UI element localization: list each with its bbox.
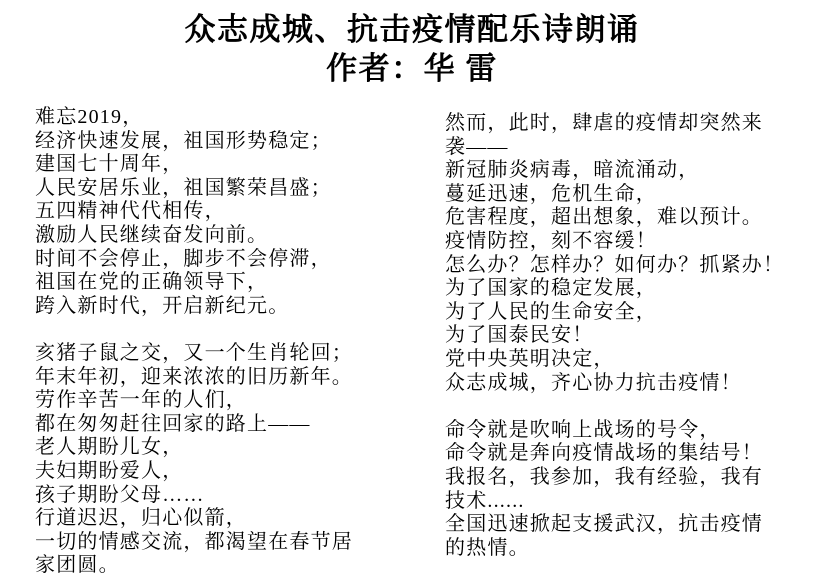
poem-line: 技术...... — [445, 490, 805, 514]
poem-line: 蔓延迅速，危机生命， — [445, 183, 805, 207]
poem-line: 党中央英明决定， — [445, 348, 805, 372]
poem-line: 命令就是奔向疫情战场的集结号！ — [445, 442, 805, 466]
poem-line: 命令就是吹响上战场的号令， — [445, 419, 805, 443]
poem-line — [35, 318, 395, 342]
poem-line: 危害程度，超出想象，难以预计。 — [445, 206, 805, 230]
poem-line: 亥猪子鼠之交，又一个生肖轮回； — [35, 342, 395, 366]
poem-line: 难忘2019， — [35, 106, 395, 130]
poem-line: 跨入新时代，开启新纪元。 — [35, 295, 395, 319]
poem-line — [445, 395, 805, 419]
poem-line: 时间不会停止，脚步不会停滞， — [35, 248, 395, 272]
document-page: 众志成城、抗击疫情配乐诗朗诵 作者：华 雷 难忘2019，经济快速发展，祖国形势… — [0, 0, 824, 574]
poem-line: 都在匆匆赶往回家的路上—— — [35, 413, 395, 437]
poem-line: 五四精神代代相传， — [35, 200, 395, 224]
poem-line: 新冠肺炎病毒，暗流涌动， — [445, 159, 805, 183]
poem-line: 为了国家的稳定发展， — [445, 277, 805, 301]
poem-line: 全国迅速掀起支援武汉，抗击疫情 — [445, 513, 805, 537]
poem-line: 众志成城，齐心协力抗击疫情！ — [445, 372, 805, 396]
poem-column-left: 难忘2019，经济快速发展，祖国形势稳定；建国七十周年，人民安居乐业，祖国繁荣昌… — [35, 106, 395, 574]
poem-line: 怎么办？怎样办？如何办？抓紧办！ — [445, 254, 805, 278]
poem-line: 祖国在党的正确领导下， — [35, 271, 395, 295]
poem-line: 疫情防控，刻不容缓！ — [445, 230, 805, 254]
poem-line: 老人期盼儿女， — [35, 436, 395, 460]
document-title: 众志成城、抗击疫情配乐诗朗诵 — [0, 10, 824, 49]
poem-line: 为了国泰民安！ — [445, 324, 805, 348]
poem-line: 家团圆。 — [35, 554, 395, 574]
poem-line: 激励人民继续奋发向前。 — [35, 224, 395, 248]
title-block: 众志成城、抗击疫情配乐诗朗诵 作者：华 雷 — [0, 10, 824, 88]
poem-line: 人民安居乐业，祖国繁荣昌盛； — [35, 177, 395, 201]
document-author: 作者：华 雷 — [0, 49, 824, 88]
poem-line: 建国七十周年， — [35, 153, 395, 177]
poem-line: 年末年初，迎来浓浓的旧历新年。 — [35, 366, 395, 390]
poem-line: 行道迟迟，归心似箭， — [35, 507, 395, 531]
poem-line: 为了人民的生命安全， — [445, 301, 805, 325]
poem-line: 夫妇期盼爱人， — [35, 460, 395, 484]
poem-line: 袭—— — [445, 136, 805, 160]
poem-line: 劳作辛苦一年的人们， — [35, 389, 395, 413]
poem-line: 的热情。 — [445, 537, 805, 561]
poem-line: 一切的情感交流，都渴望在春节居 — [35, 531, 395, 555]
poem-line: 我报名，我参加，我有经验，我有 — [445, 466, 805, 490]
poem-column-right: 然而，此时，肆虐的疫情却突然来袭——新冠肺炎病毒，暗流涌动，蔓延迅速，危机生命，… — [445, 112, 805, 560]
poem-line: 经济快速发展，祖国形势稳定； — [35, 130, 395, 154]
poem-line: 然而，此时，肆虐的疫情却突然来 — [445, 112, 805, 136]
poem-line: 孩子期盼父母…… — [35, 484, 395, 508]
